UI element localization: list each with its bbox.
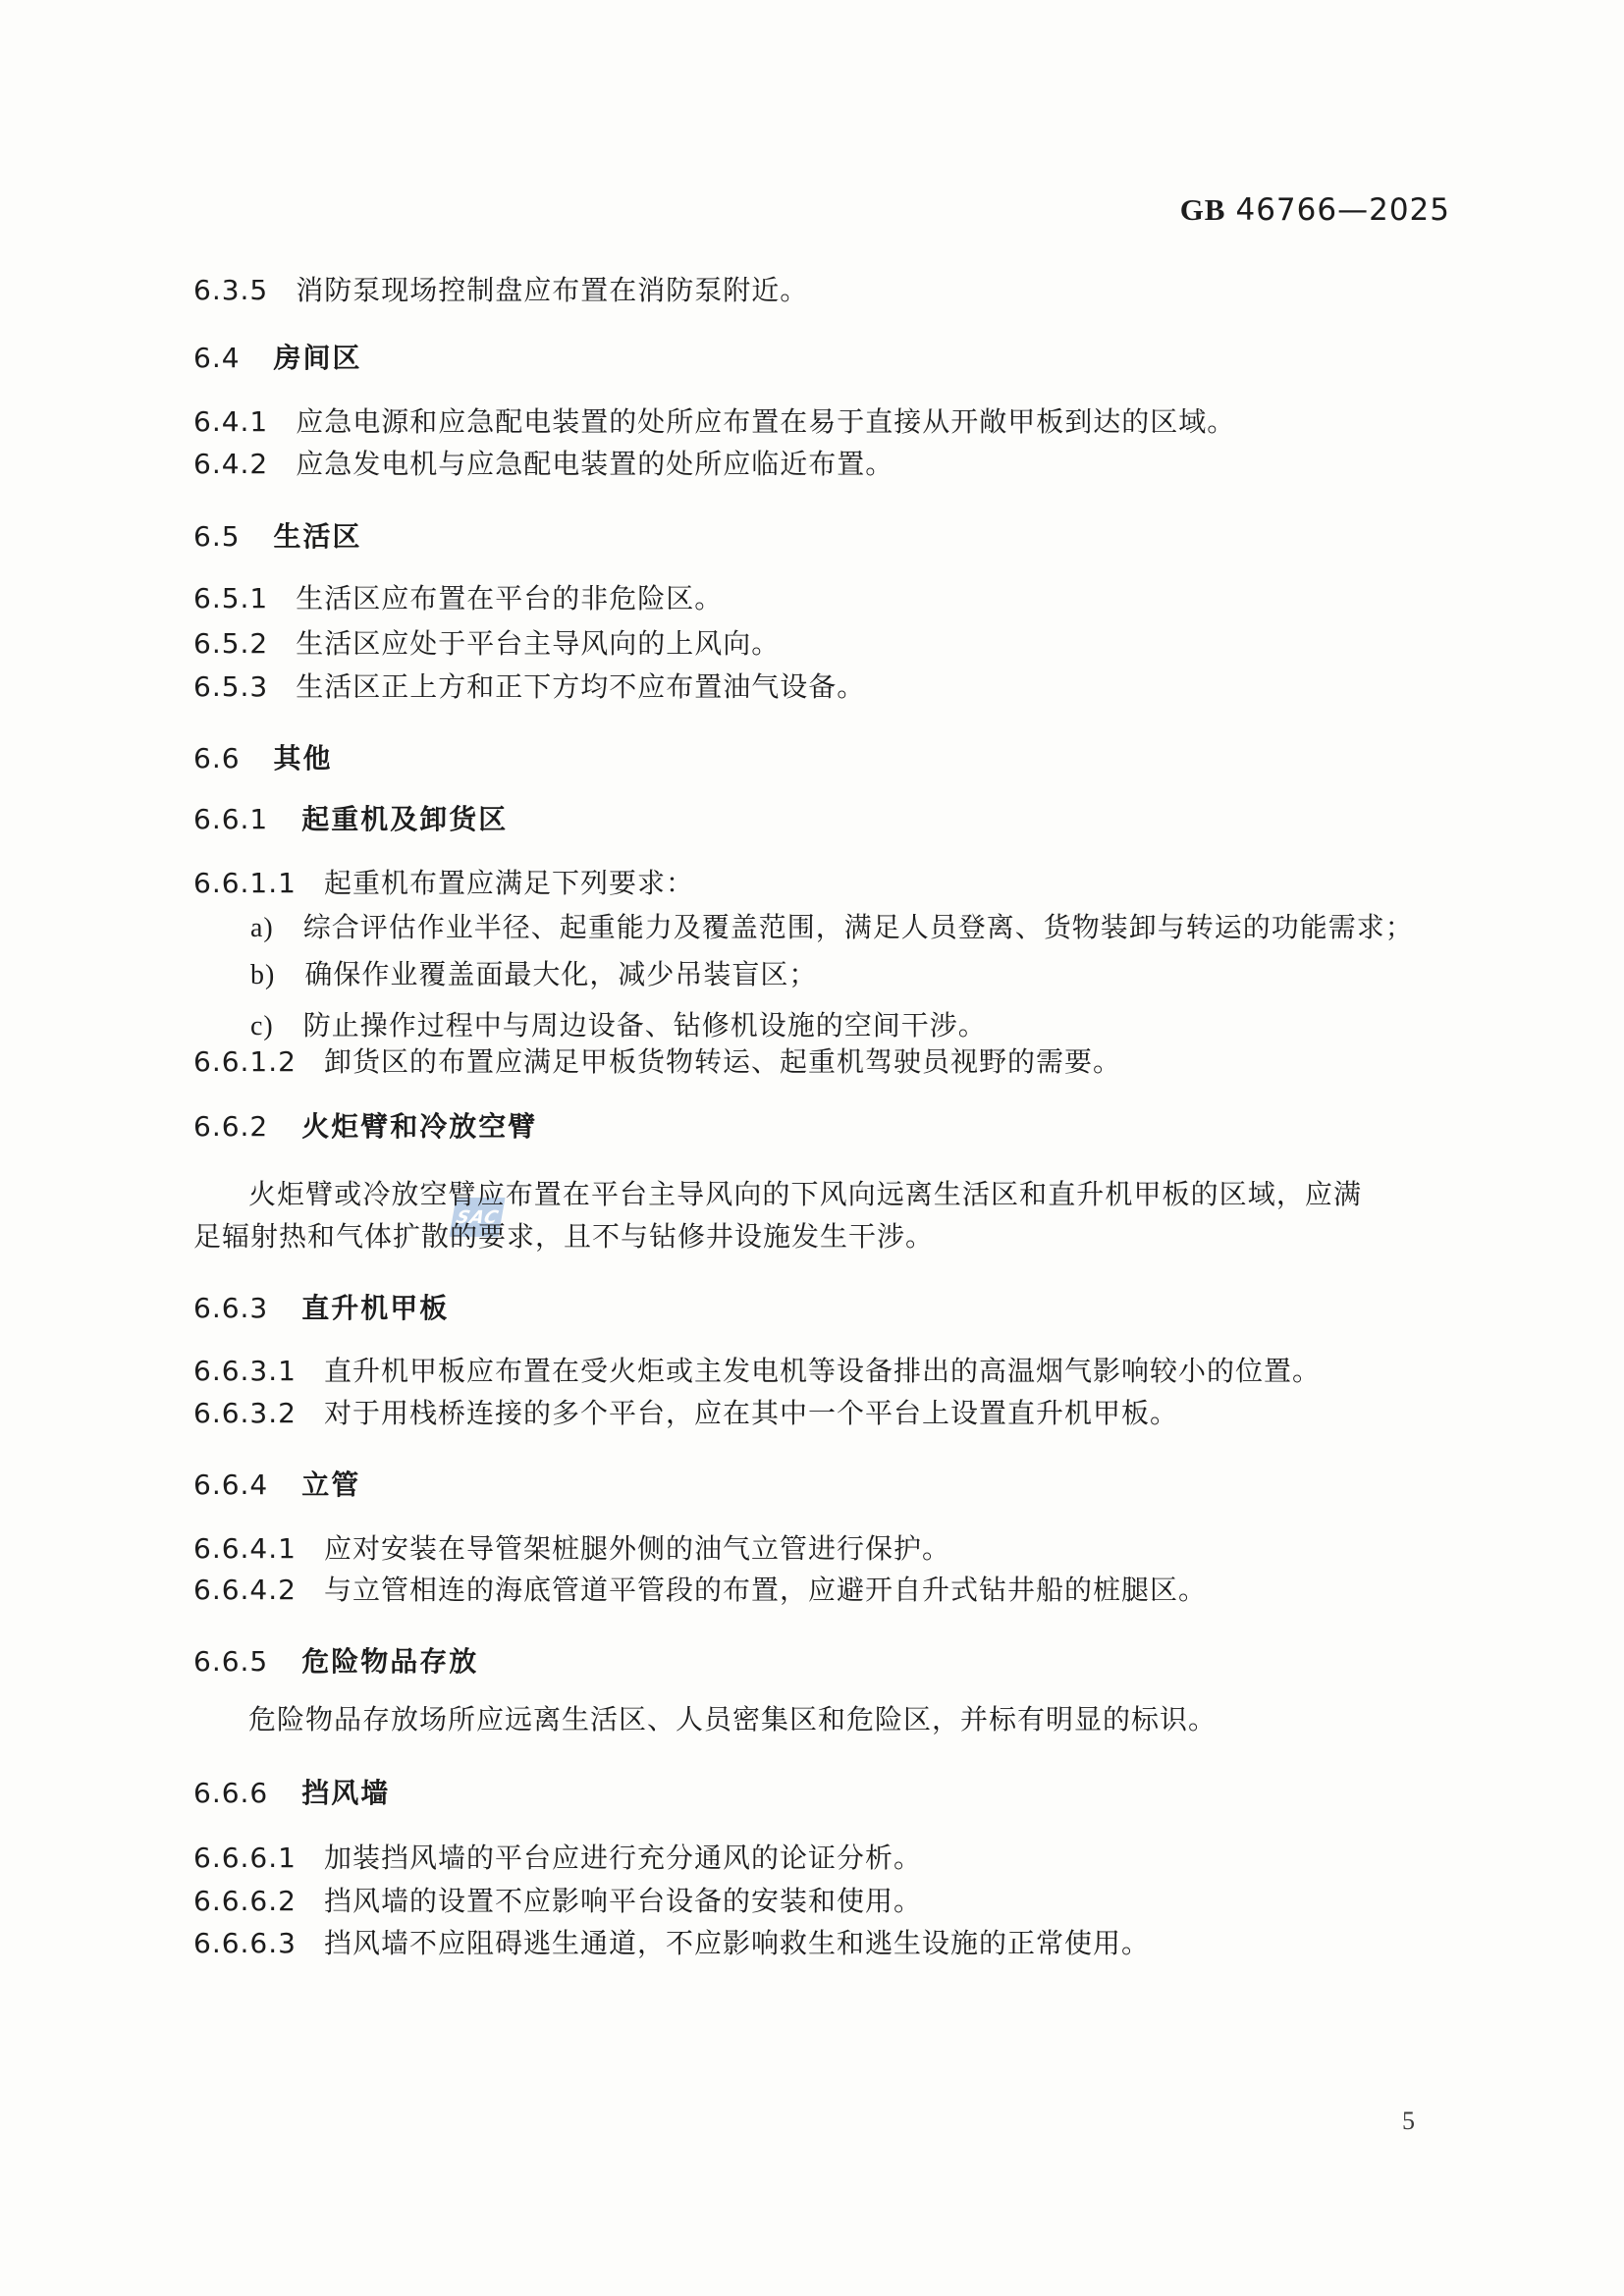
document-page: GB46766—2025 SAC 6.3.5 消防泵现场控制盘应布置在消防泵附近… [0, 0, 1624, 2296]
heading-number: 6.6.5 [193, 1645, 268, 1678]
clause-text: 挡风墙的设置不应影响平台设备的安装和使用。 [324, 1880, 922, 1919]
clause-6-6-3-2: 6.6.3.2 对于用栈桥连接的多个平台，应在其中一个平台上设置直升机甲板。 [193, 1392, 1178, 1431]
list-marker: b) [250, 960, 275, 991]
clause-6-3-5: 6.3.5 消防泵现场控制盘应布置在消防泵附近。 [193, 269, 808, 308]
list-text: 综合评估作业半径、起重能力及覆盖范围，满足人员登离、货物装卸与转运的功能需求； [303, 906, 1414, 945]
clause-6-6-4-2: 6.6.4.2 与立管相连的海底管道平管段的布置，应避开自升式钻井船的桩腿区。 [193, 1569, 1207, 1608]
paragraph-6-6-2: 火炬臂或冷放空臂应布置在平台主导风向的下风向远离生活区和直升机甲板的区域，应满足… [193, 1174, 1362, 1258]
clause-text: 加装挡风墙的平台应进行充分通风的论证分析。 [324, 1837, 922, 1876]
page-number: 5 [1402, 2107, 1415, 2136]
heading-text: 起重机及卸货区 [301, 798, 508, 837]
clause-text: 应对安装在导管架桩腿外侧的油气立管进行保护。 [324, 1527, 950, 1567]
heading-number: 6.6 [193, 742, 241, 774]
clause-text: 卸货区的布置应满足甲板货物转运、起重机驾驶员视野的需要。 [324, 1041, 1121, 1080]
section-heading-6-4: 6.4 房间区 [193, 337, 362, 376]
clause-number: 6.6.4.1 [193, 1532, 297, 1565]
paragraph-6-6-5: 危险物品存放场所应远离生活区、人员密集区和危险区，并标有明显的标识。 [193, 1699, 1362, 1741]
clause-6-5-1: 6.5.1 生活区应布置在平台的非危险区。 [193, 577, 723, 616]
clause-number: 6.3.5 [193, 274, 268, 306]
clause-number: 6.6.6.2 [193, 1885, 297, 1917]
section-heading-6-6-6: 6.6.6 挡风墙 [193, 1772, 390, 1811]
list-item-c: c) 防止操作过程中与周边设备、钻修机设施的空间干涉。 [250, 1004, 987, 1043]
section-heading-6-5: 6.5 生活区 [193, 515, 362, 555]
heading-number: 6.6.6 [193, 1777, 268, 1809]
heading-text: 生活区 [274, 515, 362, 555]
clause-text: 消防泵现场控制盘应布置在消防泵附近。 [296, 269, 808, 308]
section-heading-6-6: 6.6 其他 [193, 737, 333, 776]
list-text: 防止操作过程中与周边设备、钻修机设施的空间干涉。 [303, 1004, 987, 1043]
clause-number: 6.6.1.2 [193, 1045, 297, 1078]
clause-number: 6.5.2 [193, 627, 268, 660]
clause-number: 6.6.1.1 [193, 867, 297, 899]
heading-number: 6.6.4 [193, 1468, 268, 1501]
clause-6-6-4-1: 6.6.4.1 应对安装在导管架桩腿外侧的油气立管进行保护。 [193, 1527, 950, 1567]
clause-6-5-3: 6.5.3 生活区正上方和正下方均不应布置油气设备。 [193, 666, 865, 705]
list-item-b: b) 确保作业覆盖面最大化，减少吊装盲区； [250, 953, 817, 992]
section-heading-6-6-2: 6.6.2 火炬臂和冷放空臂 [193, 1105, 537, 1145]
clause-text: 挡风墙不应阻碍逃生通道，不应影响救生和逃生设施的正常使用。 [324, 1922, 1150, 1961]
clause-number: 6.6.6.1 [193, 1842, 297, 1874]
clause-6-6-1-2: 6.6.1.2 卸货区的布置应满足甲板货物转运、起重机驾驶员视野的需要。 [193, 1041, 1121, 1080]
clause-text: 生活区应布置在平台的非危险区。 [296, 577, 723, 616]
clause-text: 生活区正上方和正下方均不应布置油气设备。 [296, 666, 865, 705]
heading-text: 火炬臂和冷放空臂 [301, 1105, 537, 1145]
section-heading-6-6-4: 6.6.4 立管 [193, 1464, 360, 1503]
heading-number: 6.5 [193, 520, 241, 553]
heading-text: 房间区 [274, 337, 362, 376]
heading-text: 危险物品存放 [301, 1640, 478, 1680]
clause-text: 应急发电机与应急配电装置的处所应临近布置。 [296, 443, 893, 482]
list-text: 确保作业覆盖面最大化，减少吊装盲区； [304, 953, 817, 992]
standard-prefix: GB [1180, 192, 1226, 227]
clause-number: 6.5.3 [193, 670, 268, 703]
heading-number: 6.6.2 [193, 1110, 268, 1143]
clause-number: 6.6.4.2 [193, 1574, 297, 1606]
clause-6-4-1: 6.4.1 应急电源和应急配电装置的处所应布置在易于直接从开敞甲板到达的区域。 [193, 400, 1235, 440]
heading-text: 直升机甲板 [301, 1287, 449, 1326]
clause-number: 6.6.3.1 [193, 1355, 297, 1387]
heading-text: 其他 [274, 737, 333, 776]
list-marker: c) [250, 1011, 274, 1042]
clause-number: 6.4.1 [193, 405, 268, 438]
clause-6-4-2: 6.4.2 应急发电机与应急配电装置的处所应临近布置。 [193, 443, 893, 482]
standard-number: 46766—2025 [1235, 192, 1450, 228]
heading-number: 6.6.3 [193, 1292, 268, 1324]
heading-number: 6.4 [193, 342, 241, 374]
clause-text: 起重机布置应满足下列要求： [324, 862, 694, 901]
clause-6-6-1-1: 6.6.1.1 起重机布置应满足下列要求： [193, 862, 694, 901]
clause-6-6-6-2: 6.6.6.2 挡风墙的设置不应影响平台设备的安装和使用。 [193, 1880, 922, 1919]
clause-number: 6.6.3.2 [193, 1397, 297, 1429]
list-item-a: a) 综合评估作业半径、起重能力及覆盖范围，满足人员登离、货物装卸与转运的功能需… [250, 906, 1414, 945]
list-marker: a) [250, 913, 274, 944]
clause-text: 对于用栈桥连接的多个平台，应在其中一个平台上设置直升机甲板。 [324, 1392, 1178, 1431]
heading-text: 立管 [301, 1464, 360, 1503]
clause-text: 与立管相连的海底管道平管段的布置，应避开自升式钻井船的桩腿区。 [324, 1569, 1207, 1608]
clause-number: 6.4.2 [193, 448, 268, 480]
clause-text: 直升机甲板应布置在受火炬或主发电机等设备排出的高温烟气影响较小的位置。 [324, 1350, 1321, 1389]
section-heading-6-6-3: 6.6.3 直升机甲板 [193, 1287, 449, 1326]
section-heading-6-6-1: 6.6.1 起重机及卸货区 [193, 798, 508, 837]
clause-6-6-3-1: 6.6.3.1 直升机甲板应布置在受火炬或主发电机等设备排出的高温烟气影响较小的… [193, 1350, 1321, 1389]
heading-text: 挡风墙 [301, 1772, 390, 1811]
standard-code-header: GB46766—2025 [1180, 192, 1450, 228]
clause-text: 应急电源和应急配电装置的处所应布置在易于直接从开敞甲板到达的区域。 [296, 400, 1235, 440]
clause-6-6-6-1: 6.6.6.1 加装挡风墙的平台应进行充分通风的论证分析。 [193, 1837, 922, 1876]
section-heading-6-6-5: 6.6.5 危险物品存放 [193, 1640, 478, 1680]
clause-number: 6.5.1 [193, 582, 268, 614]
clause-number: 6.6.6.3 [193, 1927, 297, 1959]
clause-6-5-2: 6.5.2 生活区应处于平台主导风向的上风向。 [193, 622, 780, 662]
clause-text: 生活区应处于平台主导风向的上风向。 [296, 622, 780, 662]
heading-number: 6.6.1 [193, 803, 268, 835]
clause-6-6-6-3: 6.6.6.3 挡风墙不应阻碍逃生通道，不应影响救生和逃生设施的正常使用。 [193, 1922, 1150, 1961]
